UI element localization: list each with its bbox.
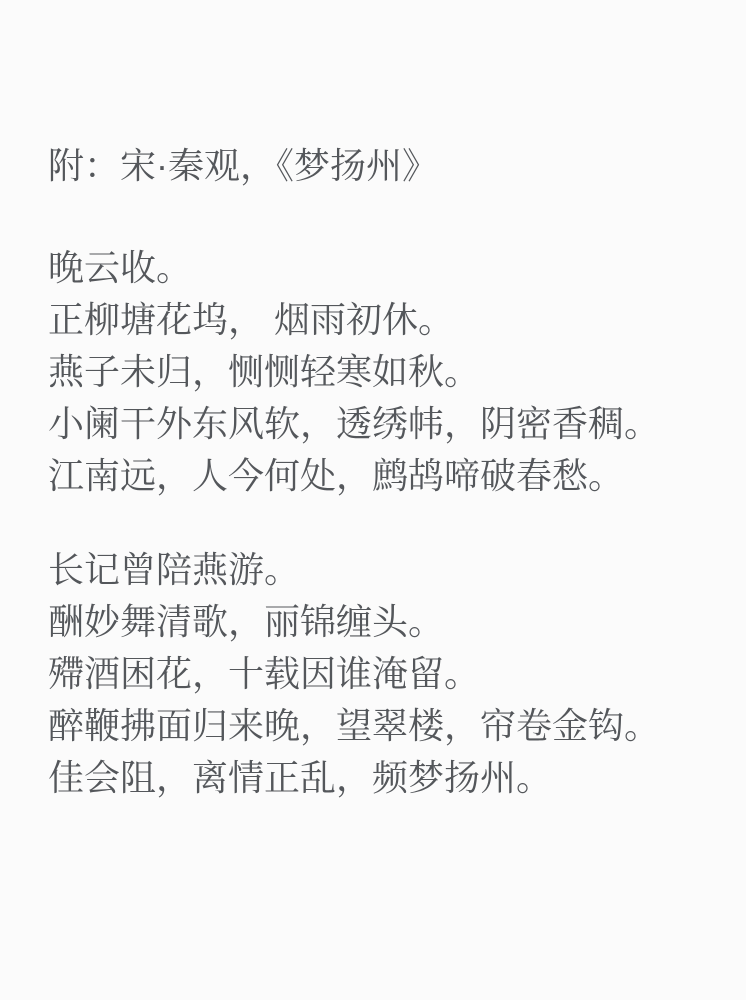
poem-line: 殢酒困花，十载因谁淹留。 [48,648,706,700]
poem-page: 附：宋·秦观，《梦扬州》 晚云收。 正柳塘花坞， 烟雨初休。 燕子未归，恻恻轻寒… [0,0,746,1000]
poem-line: 晚云收。 [48,242,706,294]
poem-line: 酬妙舞清歌，丽锦缠头。 [48,596,706,648]
poem-line: 佳会阻，离情正乱，频梦扬州。 [48,752,706,804]
poem-line: 小阑干外东风软，透绣帏，阴密香稠。 [48,398,706,450]
poem-line: 江南远，人今何处，鹧鸪啼破春愁。 [48,450,706,502]
poem-line: 醉鞭拂面归来晚，望翠楼，帘卷金钩。 [48,700,706,752]
stanza-upper: 晚云收。 正柳塘花坞， 烟雨初休。 燕子未归，恻恻轻寒如秋。 小阑干外东风软，透… [48,242,706,502]
poem-line: 正柳塘花坞， 烟雨初休。 [48,294,706,346]
attribution-line: 附：宋·秦观，《梦扬州》 [48,140,706,192]
poem-line: 燕子未归，恻恻轻寒如秋。 [48,346,706,398]
poem-line: 长记曾陪燕游。 [48,544,706,596]
stanza-lower: 长记曾陪燕游。 酬妙舞清歌，丽锦缠头。 殢酒困花，十载因谁淹留。 醉鞭拂面归来晚… [48,544,706,804]
